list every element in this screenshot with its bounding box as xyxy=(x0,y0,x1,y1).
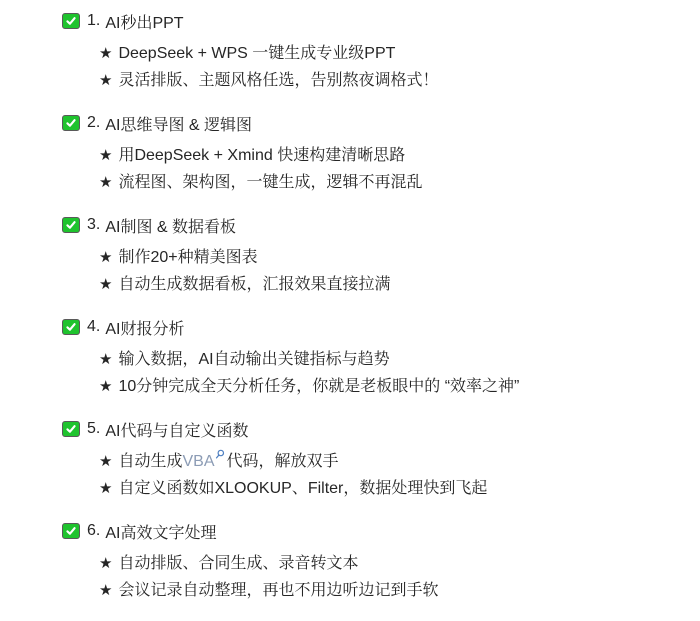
section-heading: 6. AI高效文字处理 xyxy=(62,519,680,543)
section-number: 1. xyxy=(87,12,100,30)
bullet-item: ★ 10分钟完成全天分析任务，你就是老板眼中的 “效率之神” xyxy=(99,373,680,400)
section-title: AI制图 & 数据看板 xyxy=(105,214,236,237)
bullet-text: 输入数据，AI自动输出关键指标与趋势 xyxy=(118,346,389,373)
star-bullet-icon: ★ xyxy=(99,373,112,400)
vba-link-text[interactable]: VBA xyxy=(182,453,214,470)
checked-checkbox-icon xyxy=(62,421,80,437)
star-bullet-icon: ★ xyxy=(99,550,112,577)
bullet-text: 自动生成VBA代码，解放双手 xyxy=(118,448,338,475)
checklist-document: 1. AI秒出PPT ★ DeepSeek + WPS 一键生成专业级PPT ★… xyxy=(0,0,700,604)
star-bullet-icon: ★ xyxy=(99,475,112,502)
checked-checkbox-icon xyxy=(62,523,80,539)
bullet-list: ★ 用DeepSeek + Xmind 快速构建清晰思路 ★ 流程图、架构图，一… xyxy=(62,142,680,196)
section-number: 4. xyxy=(87,318,100,336)
star-bullet-icon: ★ xyxy=(99,244,112,271)
checked-checkbox-icon xyxy=(62,217,80,233)
star-bullet-icon: ★ xyxy=(99,142,112,169)
star-bullet-icon: ★ xyxy=(99,577,112,604)
star-bullet-icon: ★ xyxy=(99,448,112,475)
bullet-list: ★ DeepSeek + WPS 一键生成专业级PPT ★ 灵活排版、主题风格任… xyxy=(62,40,680,94)
section-heading: 3. AI制图 & 数据看板 xyxy=(62,213,680,237)
bullet-text: 用DeepSeek + Xmind 快速构建清晰思路 xyxy=(118,142,405,169)
bullet-item: ★ 用DeepSeek + Xmind 快速构建清晰思路 xyxy=(99,142,680,169)
section-heading: 5. AI代码与自定义函数 xyxy=(62,417,680,441)
bullet-item: ★ 自定义函数如XLOOKUP、Filter，数据处理快到飞起 xyxy=(99,475,680,502)
star-bullet-icon: ★ xyxy=(99,346,112,373)
bullet-item: ★ 制作20+种精美图表 xyxy=(99,244,680,271)
bullet-text: 灵活排版、主题风格任选，告别熬夜调格式！ xyxy=(118,67,438,94)
bullet-text: 流程图、架构图，一键生成，逻辑不再混乱 xyxy=(118,169,422,196)
bullet-item: ★ 自动生成数据看板，汇报效果直接拉满 xyxy=(99,271,680,298)
bullet-text: DeepSeek + WPS 一键生成专业级PPT xyxy=(118,40,395,67)
bullet-item: ★ DeepSeek + WPS 一键生成专业级PPT xyxy=(99,40,680,67)
section-heading: 2. AI思维导图 & 逻辑图 xyxy=(62,111,680,135)
checklist-section: 5. AI代码与自定义函数 ★ 自动生成VBA代码，解放双手 ★ 自定义函数如X… xyxy=(62,417,680,502)
bullet-text: 制作20+种精美图表 xyxy=(118,244,257,271)
star-bullet-icon: ★ xyxy=(99,169,112,196)
bullet-text: 自动生成数据看板，汇报效果直接拉满 xyxy=(118,271,390,298)
section-number: 3. xyxy=(87,216,100,234)
section-title: AI秒出PPT xyxy=(105,10,183,33)
section-number: 5. xyxy=(87,420,100,438)
star-bullet-icon: ★ xyxy=(99,40,112,67)
section-title: AI代码与自定义函数 xyxy=(105,418,248,441)
checklist-section: 6. AI高效文字处理 ★ 自动排版、合同生成、录音转文本 ★ 会议记录自动整理… xyxy=(62,519,680,604)
bullet-item: ★ 灵活排版、主题风格任选，告别熬夜调格式！ xyxy=(99,67,680,94)
checklist-section: 4. AI财报分析 ★ 输入数据，AI自动输出关键指标与趋势 ★ 10分钟完成全… xyxy=(62,315,680,400)
bullet-text-after: 代码，解放双手 xyxy=(226,453,338,470)
checked-checkbox-icon xyxy=(62,319,80,335)
bullet-list: ★ 输入数据，AI自动输出关键指标与趋势 ★ 10分钟完成全天分析任务，你就是老… xyxy=(62,346,680,400)
bullet-text-before: 自动生成 xyxy=(118,453,182,470)
bullet-list: ★ 自动排版、合同生成、录音转文本 ★ 会议记录自动整理，再也不用边听边记到手软 xyxy=(62,550,680,604)
star-bullet-icon: ★ xyxy=(99,271,112,298)
checklist-section: 3. AI制图 & 数据看板 ★ 制作20+种精美图表 ★ 自动生成数据看板，汇… xyxy=(62,213,680,298)
section-number: 6. xyxy=(87,522,100,540)
checklist-section: 1. AI秒出PPT ★ DeepSeek + WPS 一键生成专业级PPT ★… xyxy=(62,9,680,94)
checked-checkbox-icon xyxy=(62,13,80,29)
bullet-text: 自动排版、合同生成、录音转文本 xyxy=(118,550,358,577)
section-title: AI高效文字处理 xyxy=(105,520,216,543)
checklist-section: 2. AI思维导图 & 逻辑图 ★ 用DeepSeek + Xmind 快速构建… xyxy=(62,111,680,196)
section-heading: 1. AI秒出PPT xyxy=(62,9,680,33)
bullet-item: ★ 自动生成VBA代码，解放双手 xyxy=(99,448,680,475)
search-sup-icon[interactable] xyxy=(215,449,225,460)
star-bullet-icon: ★ xyxy=(99,67,112,94)
checked-checkbox-icon xyxy=(62,115,80,131)
bullet-text: 会议记录自动整理，再也不用边听边记到手软 xyxy=(118,577,438,604)
bullet-item: ★ 流程图、架构图，一键生成，逻辑不再混乱 xyxy=(99,169,680,196)
bullet-item: ★ 自动排版、合同生成、录音转文本 xyxy=(99,550,680,577)
bullet-item: ★ 输入数据，AI自动输出关键指标与趋势 xyxy=(99,346,680,373)
section-title: AI财报分析 xyxy=(105,316,184,339)
section-number: 2. xyxy=(87,114,100,132)
bullet-list: ★ 制作20+种精美图表 ★ 自动生成数据看板，汇报效果直接拉满 xyxy=(62,244,680,298)
bullet-text: 10分钟完成全天分析任务，你就是老板眼中的 “效率之神” xyxy=(118,373,519,400)
section-title: AI思维导图 & 逻辑图 xyxy=(105,112,252,135)
bullet-text: 自定义函数如XLOOKUP、Filter，数据处理快到飞起 xyxy=(118,475,487,502)
bullet-item: ★ 会议记录自动整理，再也不用边听边记到手软 xyxy=(99,577,680,604)
bullet-list: ★ 自动生成VBA代码，解放双手 ★ 自定义函数如XLOOKUP、Filter，… xyxy=(62,448,680,502)
section-heading: 4. AI财报分析 xyxy=(62,315,680,339)
